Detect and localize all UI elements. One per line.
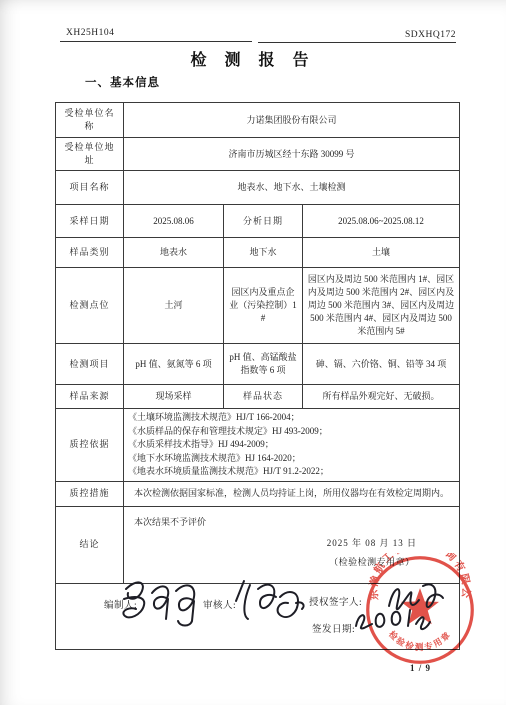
qc-basis-line: 《土壤环境监测技术规范》HJ/T 166-2004； [128,411,455,425]
unit-address-value: 济南市历城区经十东路 30099 号 [124,138,460,171]
conclusion-value: 本次结果不予评价 [134,516,206,529]
monitoring-points-surface-water: 土河 [124,268,224,344]
test-items-label: 检测项目 [56,344,124,385]
report-page: XH25H104 SDXHQ172 检 测 报 告 一、基本信息 受检单位名称 … [0,0,506,705]
preparer-signature [116,575,214,633]
report-code-left: XH25H104 [66,28,114,38]
table-row: 采样日期 2025.08.06 分析日期 2025.08.06~2025.08.… [56,205,460,238]
analysis-date-value: 2025.08.06~2025.08.12 [303,205,460,238]
table-row: 受检单位地址 济南市历城区经十东路 30099 号 [56,138,460,171]
header-rule-right [258,42,456,43]
qc-basis-label: 质控依据 [56,409,124,482]
table-row: 样品类别 地表水 地下水 土壤 [56,238,460,268]
test-items-surface-water: pH 值、氨氮等 6 项 [124,344,224,385]
qc-basis-line: 《地表水环境质量监测技术规范》HJ/T 91.2-2022； [128,465,455,479]
page-number: 1 / 9 [410,663,431,673]
qc-basis-line: 《地下水环境监测技术规范》HJ 164-2020； [128,452,455,466]
test-items-groundwater: pH 值、高锰酸盐指数等 6 项 [224,344,303,385]
header-rule-left [60,41,252,42]
qc-basis-value: 《土壤环境监测技术规范》HJ/T 166-2004； 《水质样品的保存和管理技术… [124,409,460,482]
conclusion-date: 2025 年 08 月 13 日 [327,537,417,549]
sample-category-groundwater: 地下水 [224,238,303,268]
analysis-date-label: 分析日期 [224,205,303,238]
unit-name-value: 力诺集团股份有限公司 [124,103,460,138]
issue-date-label: 签发日期: [312,624,355,637]
page-title: 检 测 报 告 [0,47,506,70]
sampling-date-value: 2025.08.06 [124,205,224,238]
table-row: 样品来源 现场采样 样品状态 所有样品外观完好、无破损。 [56,385,460,409]
monitoring-points-soil: 园区内及周边 500 米范围内 1#、园区内及周边 500 米范围内 2#、园区… [303,268,460,344]
section-heading: 一、基本信息 [85,74,160,90]
table-row: 检测项目 pH 值、氨氮等 6 项 pH 值、高锰酸盐指数等 6 项 砷、镉、六… [56,344,460,385]
conclusion-label: 结论 [56,506,124,583]
sample-category-soil: 土壤 [303,238,460,268]
reviewer-signature [230,575,314,635]
monitoring-points-groundwater: 园区内及重点企业（污染控制）1# [224,268,303,344]
table-row: 检测点位 土河 园区内及重点企业（污染控制）1# 园区内及周边 500 米范围内… [56,268,460,344]
table-row: 受检单位名称 力诺集团股份有限公司 [56,103,460,138]
project-name-value: 地表水、地下水、土壤检测 [124,171,460,205]
sampling-date-label: 采样日期 [56,205,124,238]
sample-category-label: 样品类别 [56,238,124,268]
test-items-soil: 砷、镉、六价铬、铜、铅等 34 项 [303,344,460,385]
report-code-right: SDXHQ172 [257,30,456,40]
table-row: 质控依据 《土壤环境监测技术规范》HJ/T 166-2004； 《水质样品的保存… [56,409,460,482]
issue-date-handwriting [350,600,450,638]
sample-source-value: 现场采样 [124,385,224,409]
qc-basis-line: 《水质样品的保存和管理技术规定》HJ 493-2009； [128,425,455,439]
qc-measures-value: 本次检测依据国家标准，检测人员均持证上岗，所用仪器均在有效检定周期内。 [124,481,460,506]
unit-name-label: 受检单位名称 [56,103,124,138]
qc-measures-label: 质控措施 [56,481,124,506]
unit-address-label: 受检单位地址 [56,138,124,171]
monitoring-points-label: 检测点位 [56,268,124,344]
sample-state-label: 样品状态 [224,385,303,409]
sample-source-label: 样品来源 [56,385,124,409]
table-row: 项目名称 地表水、地下水、土壤检测 [56,171,460,205]
sample-category-surface-water: 地表水 [124,238,224,268]
sample-state-value: 所有样品外观完好、无破损。 [303,385,460,409]
qc-basis-line: 《水质采样技术指导》HJ 494-2009； [128,438,455,452]
project-name-label: 项目名称 [56,171,124,205]
table-row: 质控措施 本次检测依据国家标准，检测人员均持证上岗，所用仪器均在有效检定周期内。 [56,481,460,506]
